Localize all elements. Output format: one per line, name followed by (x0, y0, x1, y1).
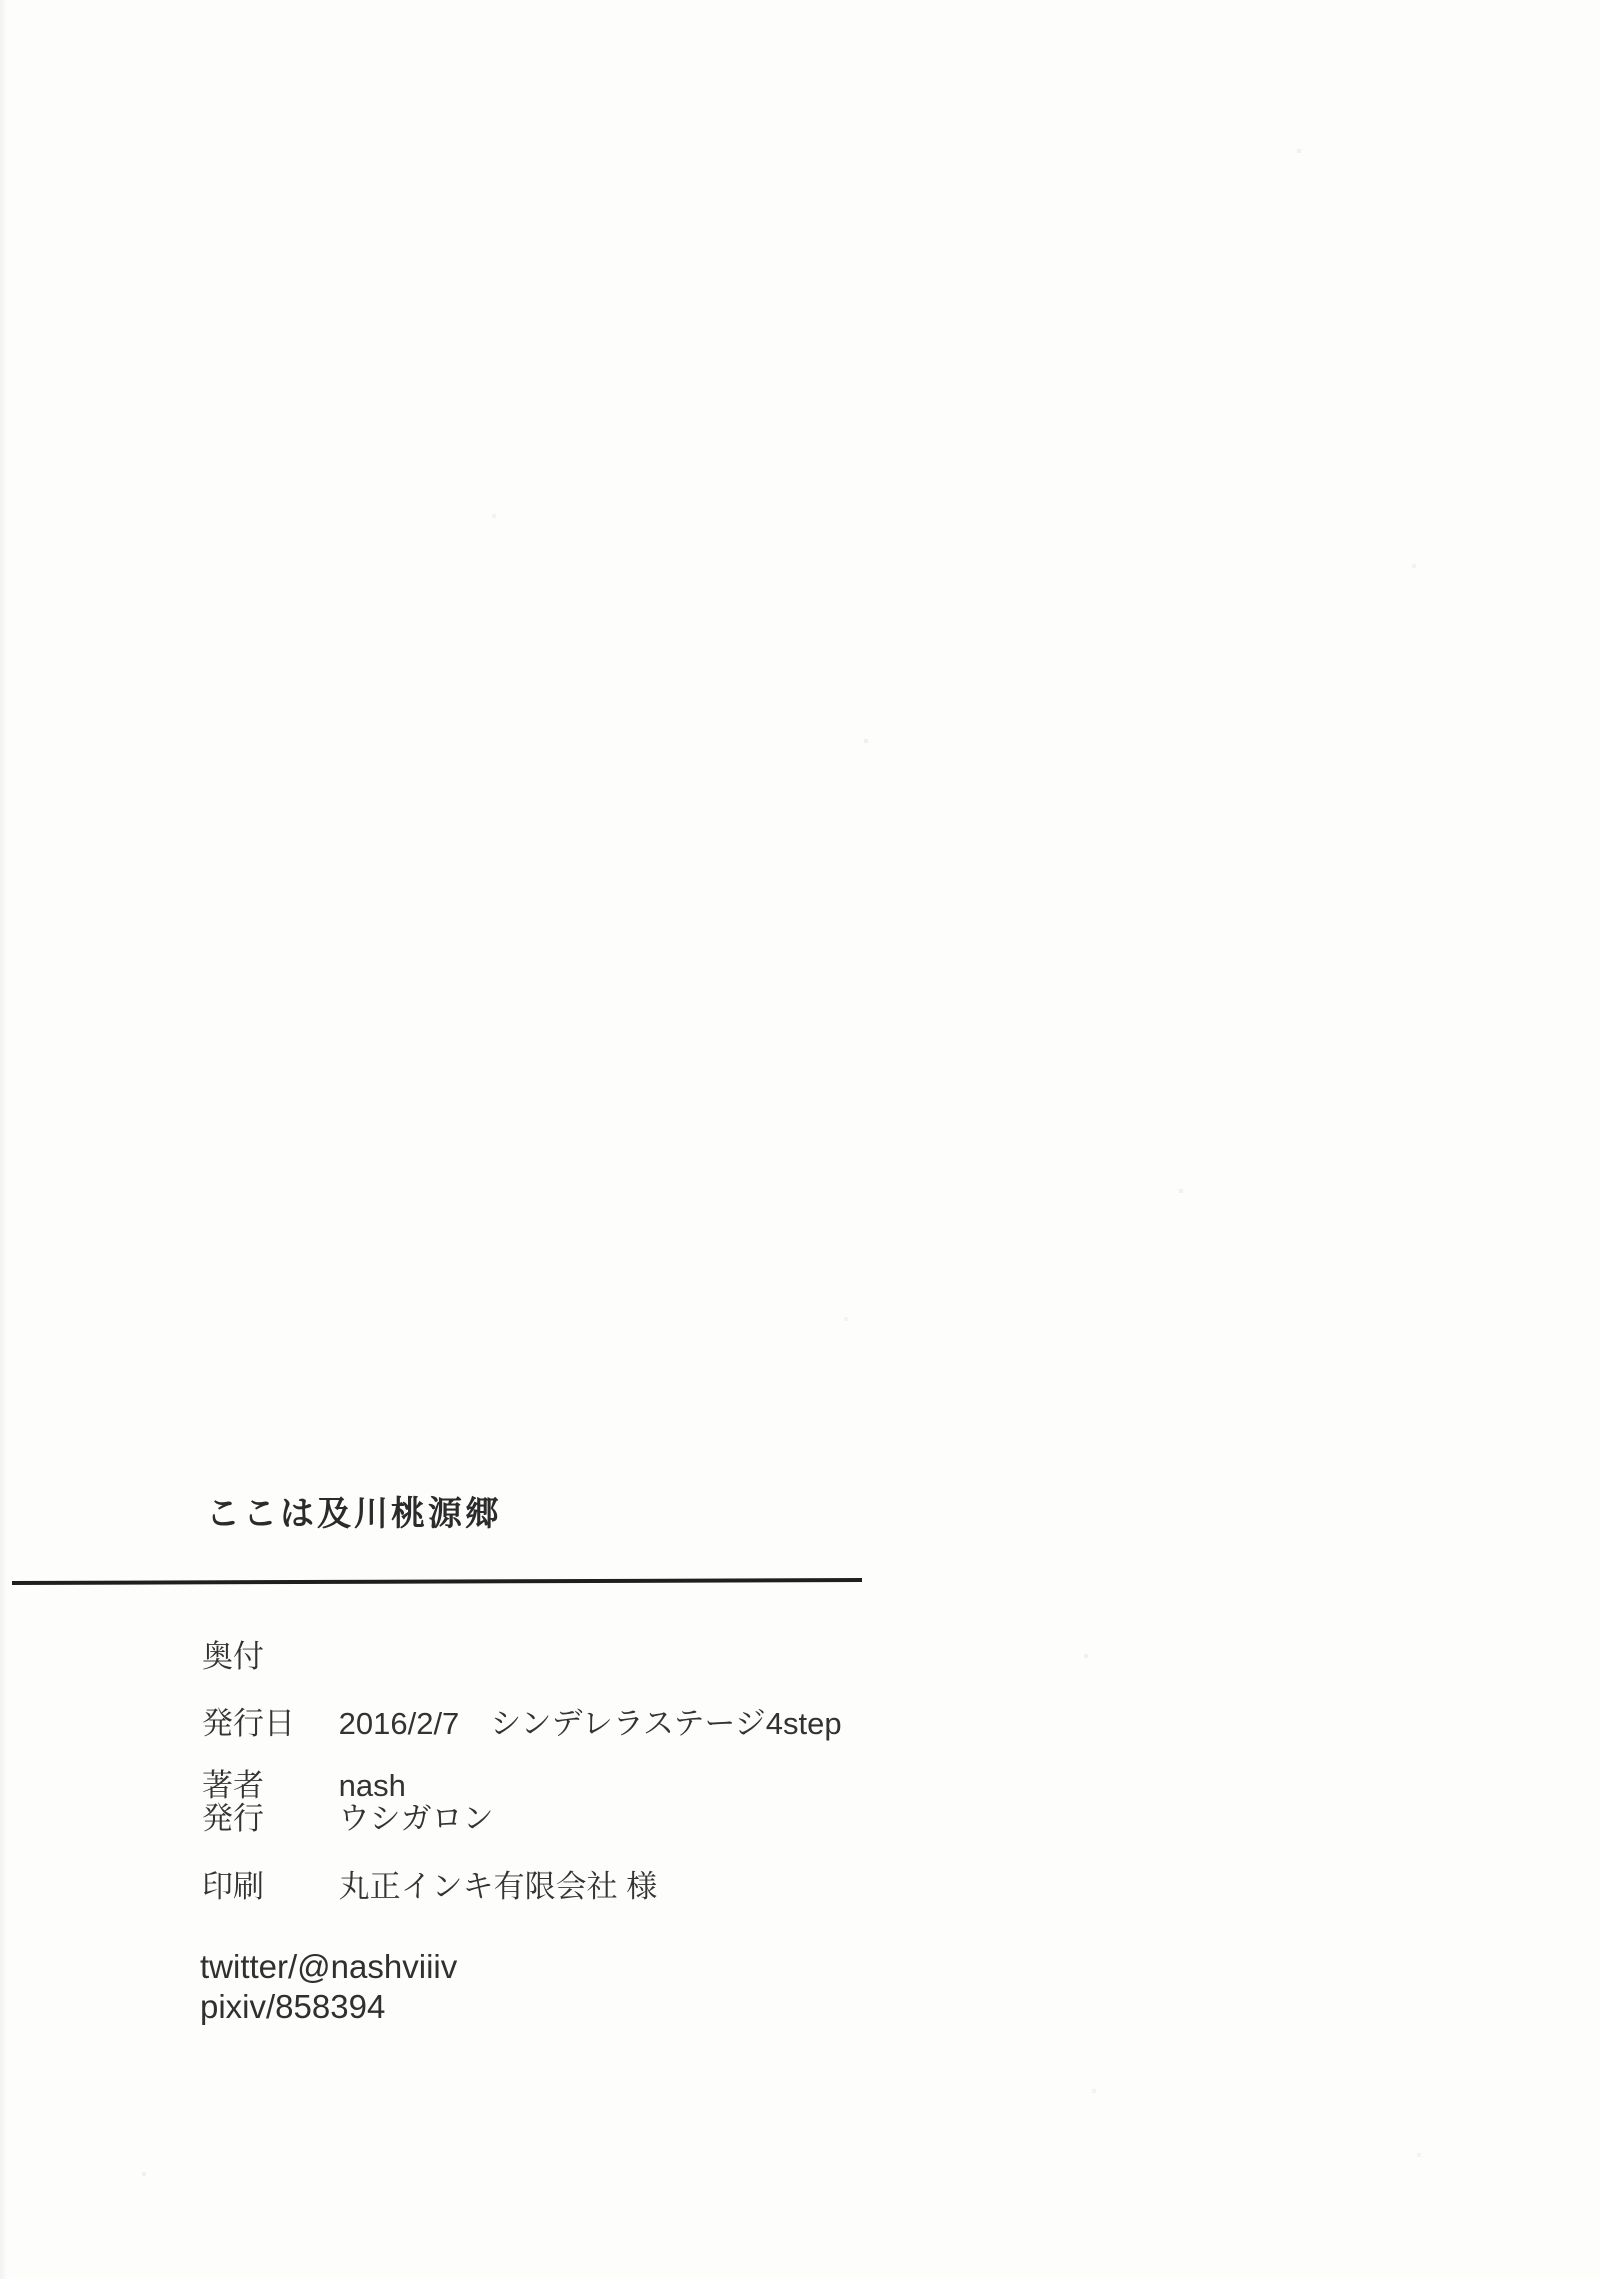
colophon-heading: 奥付 (202, 1631, 264, 1676)
colophon-page: ここは及川桃源郷 奥付 発行日 2016/2/7 シンデレラステージ4step … (0, 0, 1600, 2279)
colophon-row-publisher: 発行 ウシガロン (202, 1793, 494, 1838)
published-date-label: 発行日 (202, 1698, 330, 1743)
twitter-handle-text: twitter/@nashviiiv (200, 1948, 457, 1986)
publisher-label: 発行 (202, 1793, 330, 1838)
publisher-value: ウシガロン (339, 1801, 494, 1836)
pixiv-id-text: pixiv/858394 (200, 1988, 385, 2026)
scan-dust-specks (0, 0, 2, 2)
colophon-row-published-date: 発行日 2016/2/7 シンデレラステージ4step (202, 1698, 842, 1743)
published-date-value: 2016/2/7 シンデレラステージ4step (339, 1706, 842, 1741)
horizontal-rule (12, 1578, 862, 1585)
printer-label: 印刷 (202, 1861, 330, 1906)
colophon-row-printer: 印刷 丸正インキ有限会社 様 (202, 1861, 657, 1906)
printer-value: 丸正インキ有限会社 様 (339, 1869, 658, 1904)
book-title: ここは及川桃源郷 (206, 1486, 502, 1535)
scan-edge-shading (0, 0, 7, 2279)
